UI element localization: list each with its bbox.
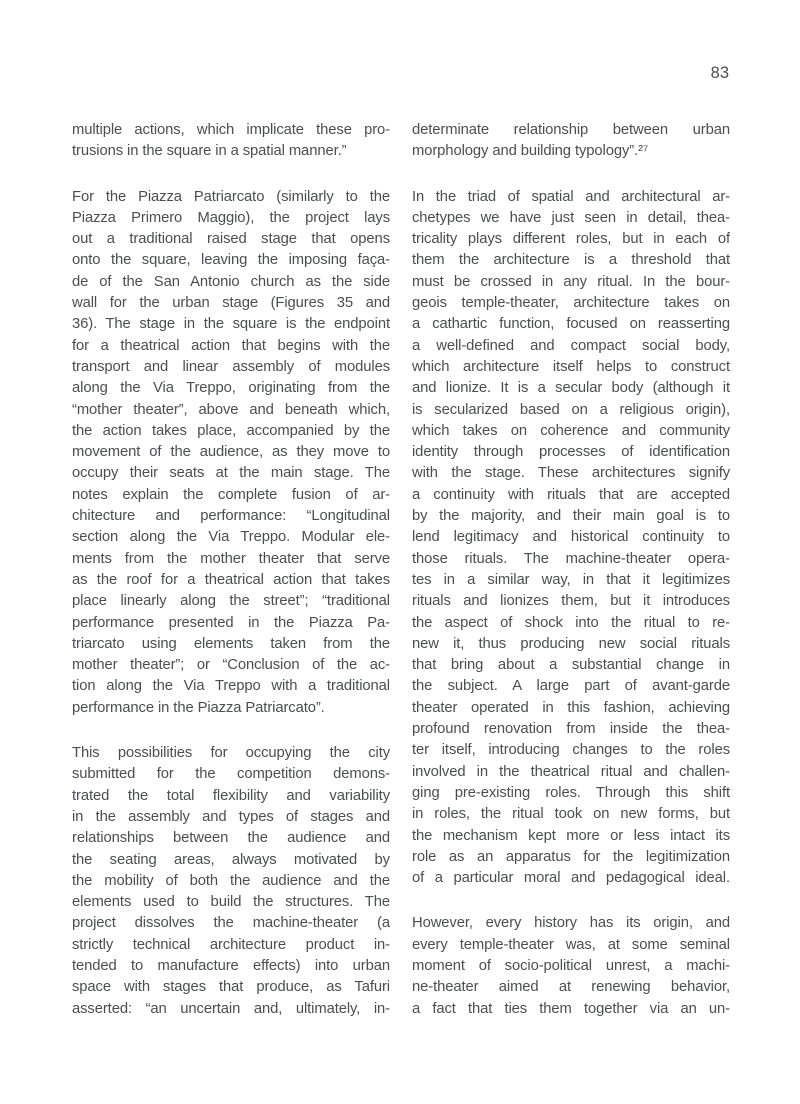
- text-line: For the Piazza Patriarcato (similarly to…: [72, 187, 390, 208]
- text-column-right: determinate relationship between urbanmo…: [412, 120, 730, 1020]
- text-line: new it, thus producing new social ritual…: [412, 634, 730, 655]
- text-line: tricality plays different roles, but in …: [412, 229, 730, 250]
- text-line: identity through processes of identifica…: [412, 442, 730, 463]
- text-line: in roles, the ritual took on new forms, …: [412, 804, 730, 825]
- text-line: the seating areas, always motivated by: [72, 850, 390, 871]
- paragraph: In the triad of spatial and architectura…: [412, 187, 730, 890]
- text-line: those rituals. The machine-theater opera…: [412, 549, 730, 570]
- text-line: tes in a similar way, in that it legitim…: [412, 570, 730, 591]
- text-line: place linearly along the street”; “tradi…: [72, 591, 390, 612]
- text-line: a cathartic function, focused on reasser…: [412, 314, 730, 335]
- text-line: multiple actions, which implicate these …: [72, 120, 390, 141]
- text-line: trated the total flexibility and variabi…: [72, 786, 390, 807]
- text-line: which architecture itself helps to const…: [412, 357, 730, 378]
- page-number: 83: [711, 62, 729, 84]
- text-line: de of the San Antonio church as the side: [72, 272, 390, 293]
- text-line: the mechanism kept more or less intact i…: [412, 826, 730, 847]
- text-line: theater operated in this fashion, achiev…: [412, 698, 730, 719]
- text-line: trusions in the square in a spatial mann…: [72, 141, 390, 162]
- paragraph: determinate relationship between urbanmo…: [412, 120, 730, 163]
- text-line: triarcato using elements taken from the: [72, 634, 390, 655]
- text-line: submitted for the competition demons-: [72, 764, 390, 785]
- text-line: movement of the audience, as they move t…: [72, 442, 390, 463]
- text-line: occupy their seats at the main stage. Th…: [72, 463, 390, 484]
- text-line: must be crossed in any ritual. In the bo…: [412, 272, 730, 293]
- text-line: asserted: “an uncertain and, ultimately,…: [72, 999, 390, 1020]
- text-line: them the architecture is a threshold tha…: [412, 250, 730, 271]
- document-page: 83 multiple actions, which implicate the…: [0, 0, 800, 1104]
- text-line: ments from the mother theater that serve: [72, 549, 390, 570]
- text-line: ne-theater aimed at renewing behavior,: [412, 977, 730, 998]
- text-line: is secularized based on a religious orig…: [412, 400, 730, 421]
- text-line: profound renovation from inside the thea…: [412, 719, 730, 740]
- text-column-left: multiple actions, which implicate these …: [72, 120, 390, 1020]
- text-line: space with stages that produce, as Tafur…: [72, 977, 390, 998]
- paragraph: This possibilities for occupying the cit…: [72, 743, 390, 1020]
- text-line: Piazza Primero Maggio), the project lays: [72, 208, 390, 229]
- text-line: In the triad of spatial and architectura…: [412, 187, 730, 208]
- text-line: that bring about a substantial change in: [412, 655, 730, 676]
- text-line: elements used to build the structures. T…: [72, 892, 390, 913]
- text-line: moment of socio-political unrest, a mach…: [412, 956, 730, 977]
- text-line: This possibilities for occupying the cit…: [72, 743, 390, 764]
- text-line: role as an apparatus for the legitimizat…: [412, 847, 730, 868]
- text-line: wall for the urban stage (Figures 35 and: [72, 293, 390, 314]
- text-line: and lionize. It is a secular body (altho…: [412, 378, 730, 399]
- text-line: out a traditional raised stage that open…: [72, 229, 390, 250]
- text-line: strictly technical architecture product …: [72, 935, 390, 956]
- text-line: along the Via Treppo, originating from t…: [72, 378, 390, 399]
- text-line: However, every history has its origin, a…: [412, 913, 730, 934]
- text-line: in the assembly and types of stages and: [72, 807, 390, 828]
- text-line: the aspect of shock into the ritual to r…: [412, 613, 730, 634]
- text-line: with the stage. These architectures sign…: [412, 463, 730, 484]
- text-line: of a particular moral and pedagogical id…: [412, 868, 730, 889]
- text-line: rituals and lionizes them, but it introd…: [412, 591, 730, 612]
- paragraph: However, every history has its origin, a…: [412, 913, 730, 1019]
- text-line: tion along the Via Treppo with a traditi…: [72, 676, 390, 697]
- text-line: the action takes place, accompanied by t…: [72, 421, 390, 442]
- text-line: performance in the Piazza Patriarcato”.: [72, 698, 390, 719]
- text-line: notes explain the complete fusion of ar-: [72, 485, 390, 506]
- text-line: morphology and building typology”.²⁷: [412, 141, 730, 162]
- text-line: involved in the theatrical ritual and ch…: [412, 762, 730, 783]
- text-line: determinate relationship between urban: [412, 120, 730, 141]
- text-line: ter itself, introducing changes to the r…: [412, 740, 730, 761]
- text-line: tended to manufacture effects) into urba…: [72, 956, 390, 977]
- text-line: “mother theater”, above and beneath whic…: [72, 400, 390, 421]
- text-line: lend legitimacy and historical continuit…: [412, 527, 730, 548]
- text-line: relationships between the audience and: [72, 828, 390, 849]
- paragraph: For the Piazza Patriarcato (similarly to…: [72, 187, 390, 719]
- text-line: for a theatrical action that begins with…: [72, 336, 390, 357]
- text-line: onto the square, leaving the imposing fa…: [72, 250, 390, 271]
- text-line: transport and linear assembly of modules: [72, 357, 390, 378]
- text-line: a well-defined and compact social body,: [412, 336, 730, 357]
- text-line: a continuity with rituals that are accep…: [412, 485, 730, 506]
- text-line: chetypes we have just seen in detail, th…: [412, 208, 730, 229]
- text-line: chitecture and performance: “Longitudina…: [72, 506, 390, 527]
- text-line: by the majority, and their main goal is …: [412, 506, 730, 527]
- text-columns: multiple actions, which implicate these …: [72, 120, 730, 1020]
- text-line: 36). The stage in the square is the endp…: [72, 314, 390, 335]
- paragraph: multiple actions, which implicate these …: [72, 120, 390, 163]
- text-line: the mobility of both the audience and th…: [72, 871, 390, 892]
- text-line: section along the Via Treppo. Modular el…: [72, 527, 390, 548]
- text-line: project dissolves the machine-theater (a: [72, 913, 390, 934]
- text-line: geois temple-theater, architecture takes…: [412, 293, 730, 314]
- text-line: every temple-theater was, at some semina…: [412, 935, 730, 956]
- text-line: mother theater”; or “Conclusion of the a…: [72, 655, 390, 676]
- text-line: a fact that ties them together via an un…: [412, 999, 730, 1020]
- text-line: the subject. A large part of avant-garde: [412, 676, 730, 697]
- text-line: as the roof for a theatrical action that…: [72, 570, 390, 591]
- text-line: ging pre-existing roles. Through this sh…: [412, 783, 730, 804]
- text-line: which takes on coherence and community: [412, 421, 730, 442]
- text-line: performance presented in the Piazza Pa-: [72, 613, 390, 634]
